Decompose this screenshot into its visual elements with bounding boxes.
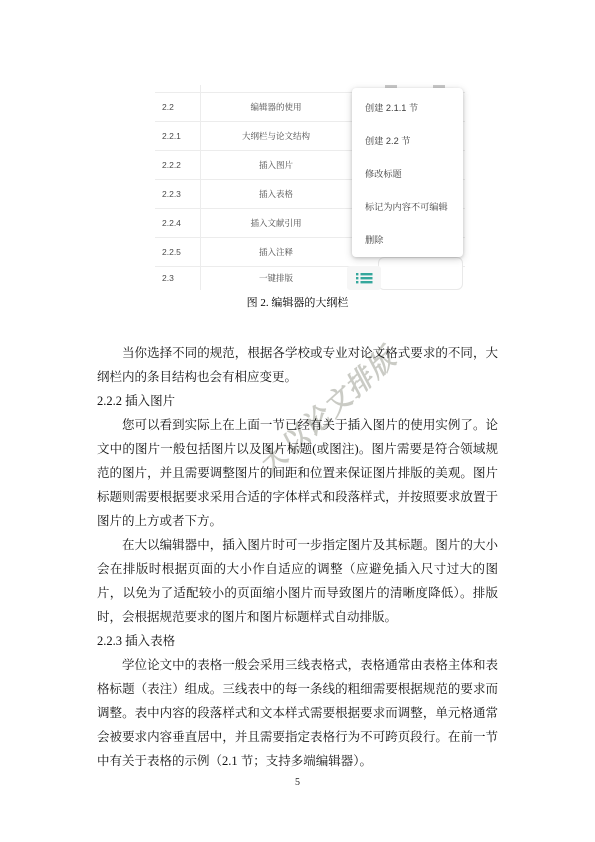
paragraph: 学位论文中的表格一般会采用三线表格式，表格通常由表格主体和表格标题（表注）组成。… xyxy=(97,653,498,773)
outline-row-title: 插入图片 xyxy=(200,159,352,171)
context-menu-item: 标记为内容不可编辑 xyxy=(352,199,463,213)
outline-row-title: 插入文献引用 xyxy=(200,217,352,229)
outline-row-number: 2.2.2 xyxy=(155,160,200,170)
context-menu-item: 修改标题 xyxy=(352,166,463,180)
paragraph: 在大以编辑器中，插入图片时可一步指定图片及其标题。图片的大小会在排版时根据页面的… xyxy=(97,533,498,629)
context-menu-item: 删除 xyxy=(352,232,463,246)
outline-row-number: 2.2.4 xyxy=(155,218,200,228)
outline-row-number: 2.2 xyxy=(155,102,200,112)
section-heading: 2.2.3 插入表格 xyxy=(97,629,498,653)
context-menu-item: 创建 2.1.1 节 xyxy=(352,100,463,114)
body-text: 当你选择不同的规范，根据各学校或专业对论文格式要求的不同，大纲栏内的条目结构也会… xyxy=(97,341,498,773)
outline-row-number: 2.3 xyxy=(155,273,200,283)
outline-row-title: 插入表格 xyxy=(200,188,352,200)
outline-row-number: 2.2.3 xyxy=(155,189,200,199)
outline-row-number: 2.2.1 xyxy=(155,131,200,141)
context-menu: 创建 2.1.1 节创建 2.2 节修改标题标记为内容不可编辑删除 xyxy=(352,88,463,257)
paragraph: 当你选择不同的规范，根据各学校或专业对论文格式要求的不同，大纲栏内的条目结构也会… xyxy=(97,341,498,389)
figure-caption: 图 2. 编辑器的大纲栏 xyxy=(0,294,595,310)
outline-row-number: 2.2.5 xyxy=(155,247,200,257)
figure-outline-screenshot: 2.2编辑器的使用2.2.1大纲栏与论文结构2.2.2插入图片2.2.3插入表格… xyxy=(155,85,465,290)
list-icon xyxy=(356,272,373,285)
paragraph: 您可以看到实际上在上面一节已经有关于插入图片的使用实例了。论文中的图片一般包括图… xyxy=(97,413,498,533)
section-heading: 2.2.2 插入图片 xyxy=(97,389,498,413)
outline-row-title: 大纲栏与论文结构 xyxy=(200,130,352,142)
background-panel xyxy=(378,257,463,290)
context-menu-item: 创建 2.2 节 xyxy=(352,133,463,147)
page-number: 5 xyxy=(0,777,595,788)
outline-row-title: 一键排版 xyxy=(200,272,352,284)
outline-row-title: 插入注释 xyxy=(200,246,352,258)
outline-row-title: 编辑器的使用 xyxy=(200,101,352,113)
list-icon-cell xyxy=(347,266,381,290)
